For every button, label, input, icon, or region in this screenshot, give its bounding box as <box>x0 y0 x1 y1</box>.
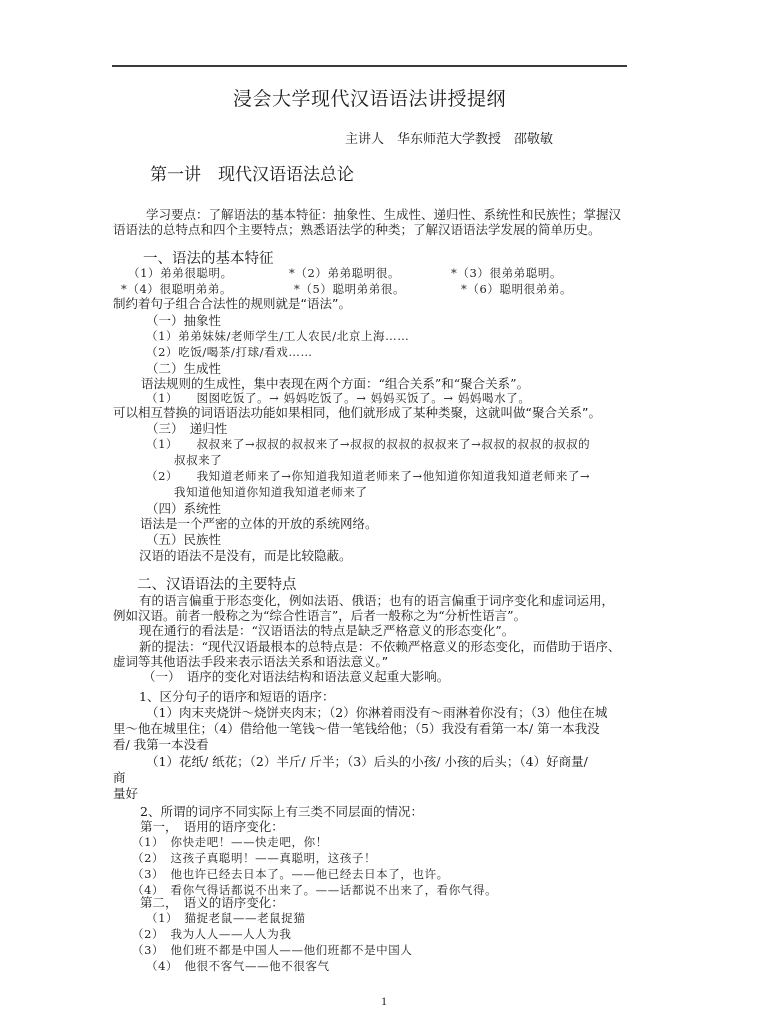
point2-first-heading: 第一， 语用的语序变化： <box>140 821 284 834</box>
sub1-heading: （一）抽象性 <box>146 315 221 328</box>
point1-line6: 量好 <box>113 788 138 801</box>
sub3-item1-line1: （1） 叔叔来了→叔叔的叔叔来了→叔叔的叔叔的叔叔来了→叔叔的叔叔的叔叔的 <box>146 439 590 451</box>
intro-line-1: 学习要点：了解语法的基本特征：抽象性、生成性、递归性、系统性和民族性；掌握汉 <box>146 209 621 222</box>
sub5-text: 汉语的语法不是没有，而是比较隐蔽。 <box>139 550 352 563</box>
second-item-1: （1） 猫捉老鼠——老鼠捉猫 <box>146 913 305 925</box>
section2-heading: 二、汉语语法的主要特点 <box>137 578 297 593</box>
point1-line1: （1）肉末夹烧饼～烧饼夹肉末；（2）你淋着雨没有～雨淋着你没有；（3）他住在城 <box>146 707 607 720</box>
page-number: 1 <box>381 995 387 1007</box>
section2-para1-line1: 有的语言偏重于形态变化，例如法语、俄语；也有的语言偏重于词序变化和虚词运用， <box>139 595 614 608</box>
author-line: 主讲人 华东师范大学教授 邵敬敏 <box>345 133 553 146</box>
example-2: *（2）弟弟聪明很。 <box>289 268 400 280</box>
document-title: 浸会大学现代汉语语法讲授提纲 <box>233 90 506 109</box>
first-item-1: （1） 你快走吧！——快走吧，你！ <box>132 837 328 849</box>
sub2-text: 语法规则的生成性，集中表现在两个方面：“组合关系”和“聚合关系”。 <box>141 378 529 391</box>
example-5: *（5）聪明弟弟很。 <box>294 284 405 296</box>
point2-second-heading: 第二， 语义的语序变化： <box>140 897 284 910</box>
sub4-heading: （四）系统性 <box>146 503 221 516</box>
section2-para3-line1: 新的提法：“现代汉语最根本的总特点是：不依赖严格意义的形态变化，而借助于语序、 <box>139 641 620 654</box>
section2-para1-line2: 例如汉语。前者一般称之为“综合性语言”，后者一般称之为“分析性语言”。 <box>113 610 526 623</box>
example-1: （1）弟弟很聪明。 <box>128 268 233 280</box>
sub2-explanation: 可以相互替换的词语语法功能如果相同，他们就形成了某种类聚，这就叫做“聚合关系”。 <box>113 407 601 420</box>
section2-para3-line2: 虚词等其他语法手段来表示语法关系和语法意义。” <box>113 656 388 669</box>
section2-para2: 现在通行的看法是：“汉语语法的特点是缺乏严格意义的形态变化”。 <box>139 625 514 638</box>
second-item-2: （2） 我为人人——人人为我 <box>132 929 291 941</box>
sub1-item-2: （2）吃饭/喝茶/打球/看戏…… <box>146 347 313 359</box>
second-item-3: （3） 他们班不都是中国人——他们班都不是中国人 <box>132 945 412 957</box>
first-item-2: （2） 这孩子真聪明！——真聪明，这孩子！ <box>132 853 376 865</box>
sub3-item2-line1: （2） 我知道老师来了→你知道我知道老师来了→他知道你知道我知道老师来了→ <box>146 471 590 483</box>
first-item-3: （3） 他也许已经去日本了。——他已经去日本了，也许。 <box>132 869 449 881</box>
sub2-heading: （二）生成性 <box>146 363 221 376</box>
section1-heading: 一、语法的基本特征 <box>143 252 274 267</box>
sub2-example: （1） 囡囡吃饭了。→ 妈妈吃饭了。→ 妈妈买饭了。→ 妈妈喝水了。 <box>146 393 530 405</box>
lecture-heading: 第一讲 现代汉语语法总论 <box>150 167 354 184</box>
second-item-4: （4） 他很不客气——他不很客气 <box>146 961 330 973</box>
example-3: *（3）很弟弟聪明。 <box>451 268 562 280</box>
point1-line3: 看/ 我第一本没看 <box>113 739 209 752</box>
intro-line-2: 语语法的总特点和四个主要特点；熟悉语法学的种类；了解汉语语法学发展的简单历史。 <box>113 224 601 237</box>
grammar-definition: 制约着句子组合合法性的规则就是“语法”。 <box>113 298 351 311</box>
point2-heading: 2、所谓的词序不同实际上有三类不同层面的情况： <box>140 806 423 819</box>
sub3-heading: （三） 递归性 <box>146 423 227 436</box>
point1-line2: 里～他在城里住；（4）借给他一笔钱～借一笔钱给他；（5）我没有看第一本/ 第一本… <box>113 723 600 736</box>
section2-sub1-heading: （一） 语序的变化对语法结构和语法意义起重大影响。 <box>143 671 449 684</box>
header-rule <box>112 65 627 67</box>
document-page: 浸会大学现代汉语语法讲授提纲 主讲人 华东师范大学教授 邵敬敏 第一讲 现代汉语… <box>0 0 768 1024</box>
example-4: *（4）很聪明弟弟。 <box>121 284 232 296</box>
sub1-item-1: （1）弟弟妹妹/老师学生/工人农民/北京上海…… <box>146 331 409 343</box>
sub3-item2-line2: 我知道他知道你知道我知道老师来了 <box>174 487 368 499</box>
point1-line5: 商 <box>113 772 126 785</box>
sub4-text: 语法是一个严密的立体的开放的系统网络。 <box>140 518 378 531</box>
point1-line4: （1）花纸/ 纸花；（2）半斤/ 斤半；（3）后头的小孩/ 小孩的后头；（4）好… <box>146 756 588 769</box>
sub3-item1-line2: 叔叔来了 <box>174 455 222 467</box>
example-6: *（6）聪明很弟弟。 <box>461 284 572 296</box>
sub5-heading: （五）民族性 <box>146 534 221 547</box>
point1-heading: 1、区分句子的语序和短语的语序： <box>139 691 334 704</box>
